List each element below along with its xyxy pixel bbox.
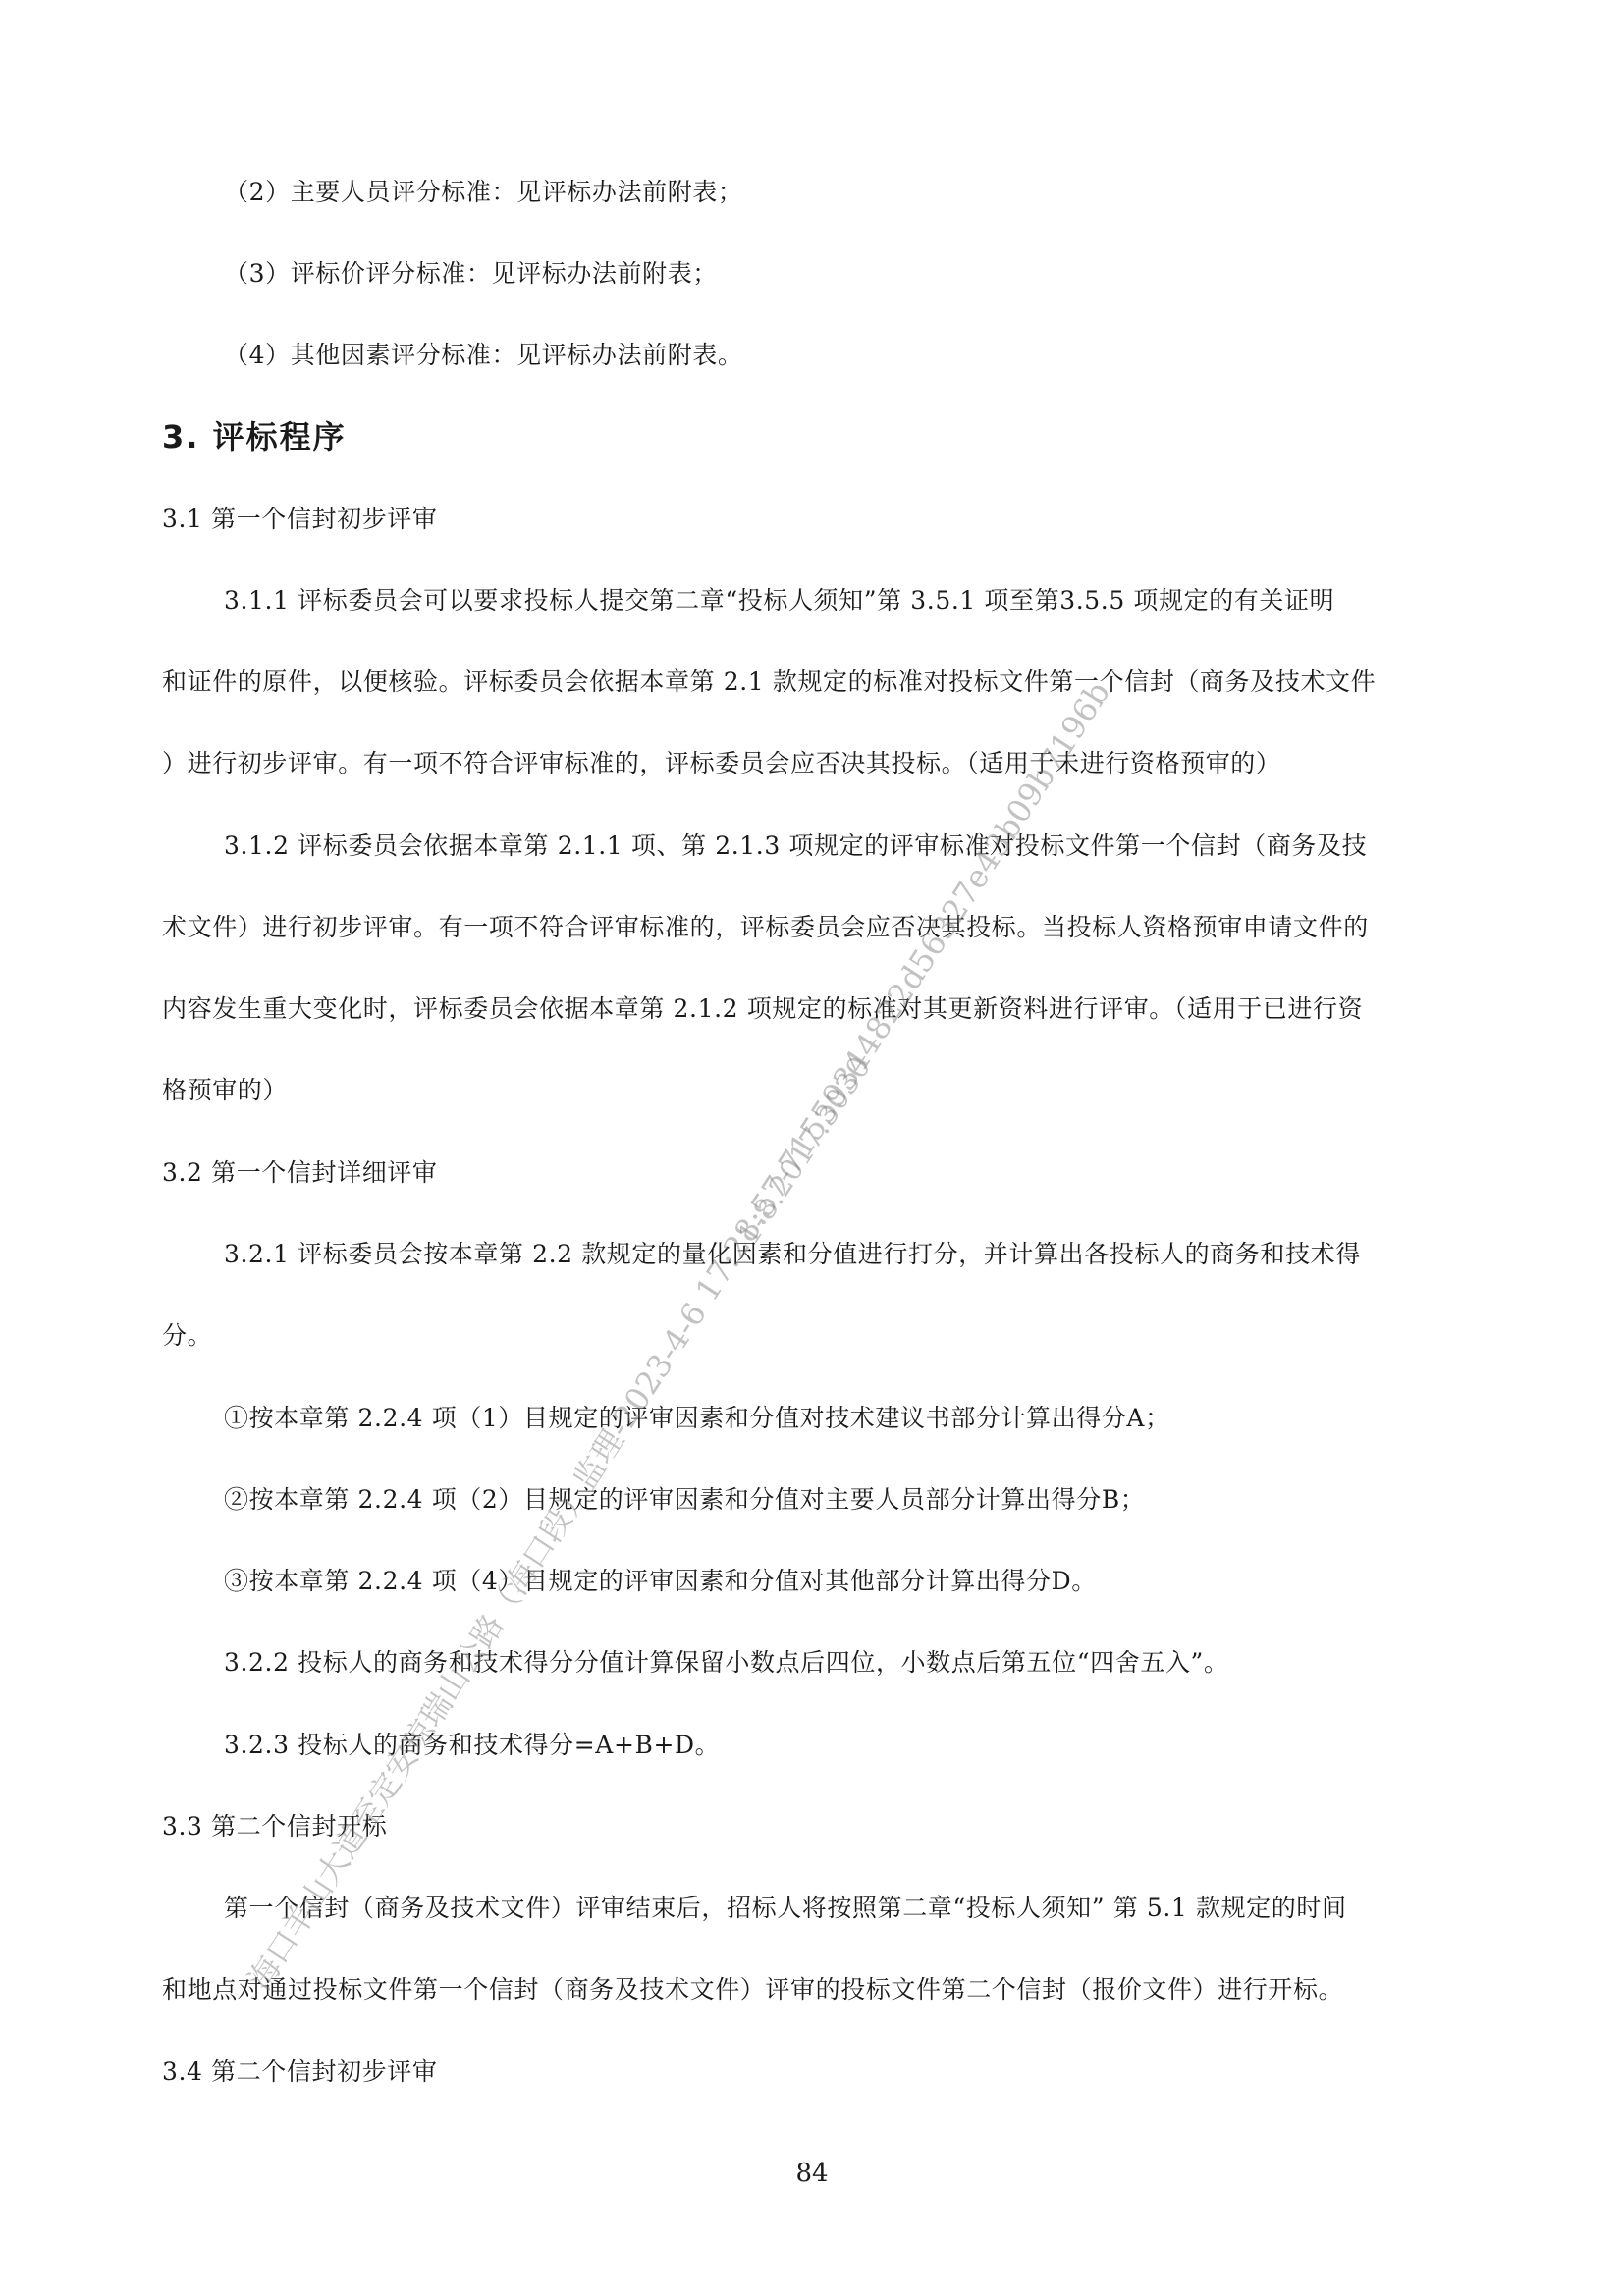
subsection-3-3-title: 3.3 第二个信封开标 (162, 1807, 1468, 1846)
paragraph-3-1-1-line-1: 3.1.1 评标委员会可以要求投标人提交第二章“投标人须知”第 3.5.1 项至… (224, 581, 1530, 620)
paragraph-3-2-3: 3.2.3 投标人的商务和技术得分=A+B+D。 (224, 1726, 1530, 1765)
list-item-score-d: ③按本章第 2.2.4 项（4）目规定的评审因素和分值对其他部分计算出得分D。 (224, 1562, 1530, 1601)
paragraph-3-1-2-line-4: 格预审的） (162, 1071, 1468, 1110)
subsection-3-4-title: 3.4 第二个信封初步评审 (162, 2053, 1468, 2092)
paragraph-3-3-line-1: 第一个信封（商务及技术文件）评审结束后，招标人将按照第二章“投标人须知” 第 5… (224, 1889, 1530, 1928)
paragraph-3-3-line-2: 和地点对通过投标文件第一个信封（商务及技术文件）评审的投标文件第二个信封（报价文… (162, 1970, 1468, 2009)
list-item-score-a: ①按本章第 2.2.4 项（1）目规定的评审因素和分值对技术建议书部分计算出得分… (224, 1399, 1530, 1438)
scoring-standard-other: （4）其他因素评分标准：见评标办法前附表。 (224, 336, 1530, 375)
section-heading: 3. 评标程序 (162, 413, 1468, 460)
subsection-3-1-title: 3.1 第一个信封初步评审 (162, 500, 1468, 539)
paragraph-3-1-1-line-2: 和证件的原件，以便核验。评标委员会依据本章第 2.1 款规定的标准对投标文件第一… (162, 663, 1468, 702)
document-page: （2）主要人员评分标准：见评标办法前附表； （3）评标价评分标准：见评标办法前附… (0, 0, 1624, 2296)
paragraph-3-2-2: 3.2.2 投标人的商务和技术得分分值计算保留小数点后四位，小数点后第五位“四舍… (224, 1643, 1530, 1682)
paragraph-3-1-2-line-1: 3.1.2 评标委员会依据本章第 2.1.1 项、第 2.1.3 项规定的评审标… (224, 827, 1530, 866)
paragraph-3-2-1-line-1: 3.2.1 评标委员会按本章第 2.2 款规定的量化因素和分值进行打分，并计算出… (224, 1235, 1530, 1274)
paragraph-3-1-2-line-3: 内容发生重大变化时，评标委员会依据本章第 2.1.2 项规定的标准对其更新资料进… (162, 989, 1468, 1029)
page-number: 84 (0, 2156, 1624, 2191)
paragraph-3-1-2-line-2: 术文件）进行初步评审。有一项不符合评审标准的，评标委员会应否决其投标。当投标人资… (162, 908, 1468, 947)
paragraph-3-2-1-line-2: 分。 (162, 1316, 1468, 1356)
scoring-standard-personnel: （2）主要人员评分标准：见评标办法前附表； (224, 173, 1530, 212)
scoring-standard-price: （3）评标价评分标准：见评标办法前附表； (224, 254, 1530, 294)
subsection-3-2-title: 3.2 第一个信封详细评审 (162, 1153, 1468, 1193)
list-item-score-b: ②按本章第 2.2.4 项（2）目规定的评审因素和分值对主要人员部分计算出得分B… (224, 1480, 1530, 1520)
paragraph-3-1-1-line-3: ）进行初步评审。有一项不符合评审标准的，评标委员会应否决其投标。（适用于未进行资… (162, 744, 1468, 783)
